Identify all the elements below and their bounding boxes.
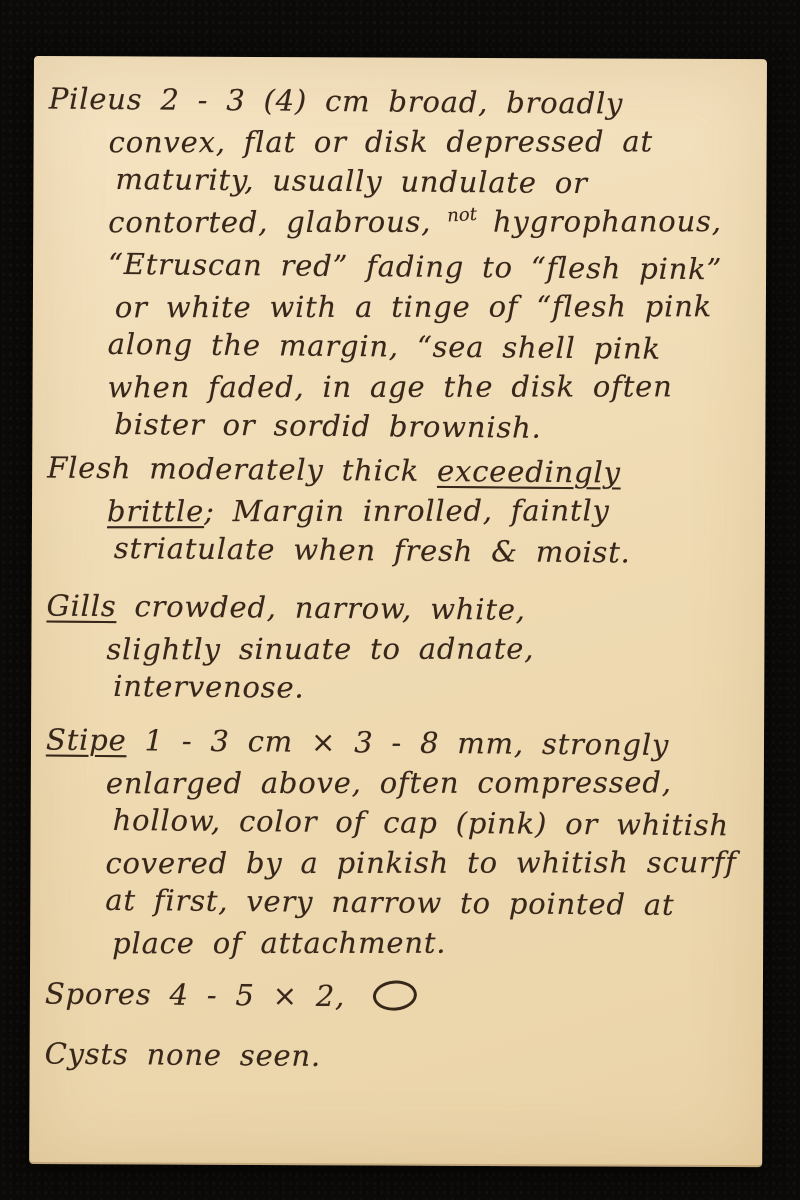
text-segment: at first, very narrow to pointed at (105, 883, 674, 922)
text-segment: crowded, narrow, white, (116, 589, 526, 627)
card-text: Pileus 2 - 3 (4) cm broad, broadlyconvex… (45, 80, 755, 1078)
text-segment: moderately thick (131, 451, 437, 488)
handwritten-line: slightly sinuate to adnate, (106, 628, 752, 669)
handwritten-line: brittle; Margin inrolled, faintly (107, 490, 753, 531)
handwritten-line: Stipe 1 - 3 cm × 3 - 8 mm, strongly (46, 720, 752, 766)
handwritten-line: intervenose. (106, 666, 752, 712)
text-segment: maturity, usually undulate or (115, 162, 588, 200)
text-segment: none seen. (128, 1037, 321, 1073)
text-segment: striatulate when fresh & moist. (114, 531, 631, 570)
text-segment: covered by a pinkish to whitish scurff (105, 845, 736, 880)
text-segment: 2 - 3 (4) cm broad, broadly (142, 82, 623, 120)
text-segment: not (446, 195, 478, 237)
text-segment: exceedingly (437, 454, 621, 490)
photo-background: Pileus 2 - 3 (4) cm broad, broadlyconvex… (0, 0, 800, 1200)
text-segment: convex, flat or disk depressed at (109, 124, 653, 159)
handwritten-line: Gills crowded, narrow, white, (46, 586, 752, 632)
text-segment: bister or sordid brownish. (114, 407, 542, 445)
handwritten-line: contorted, glabrous, not hygrophanous, (108, 201, 754, 247)
handwritten-line: Flesh moderately thick exceedingly (47, 448, 753, 494)
text-segment: when faded, in age the disk often (108, 369, 673, 404)
handwritten-line: covered by a pinkish to whitish scurff (105, 842, 751, 883)
handwritten-line: or white with a tinge of “flesh pink (108, 286, 754, 327)
text-segment: 1 - 3 cm × 3 - 8 mm, strongly (126, 723, 669, 762)
handwritten-line: at first, very narrow to pointed at (105, 880, 751, 926)
index-card: Pileus 2 - 3 (4) cm broad, broadlyconvex… (29, 56, 767, 1167)
text-segment: slightly sinuate to adnate, (106, 632, 534, 667)
section-label-cystidia: Cysts (45, 1037, 129, 1072)
handwritten-line: enlarged above, often compressed, (106, 762, 752, 803)
handwritten-line: bister or sordid brownish. (107, 404, 753, 450)
text-segment: 4 - 5 × 2, (151, 977, 363, 1013)
text-segment: or white with a tinge of “flesh pink (115, 289, 712, 324)
handwritten-line: convex, flat or disk depressed at (109, 121, 755, 162)
handwritten-line: “Etruscan red” fading to “flesh pink” (108, 244, 754, 290)
section-spores: Spores 4 - 5 × 2, (45, 975, 751, 1018)
section-label-gills: Gills (46, 589, 116, 624)
text-segment: “Etruscan red” fading to “flesh pink” (108, 247, 722, 286)
handwritten-line: along the margin, “sea shell pink (108, 324, 754, 370)
text-segment: hollow, color of cap (pink) or whitish (113, 803, 730, 842)
text-segment: place of attachment. (112, 926, 446, 961)
handwritten-line: hollow, color of cap (pink) or whitish (105, 800, 751, 846)
text-segment: along the margin, “sea shell pink (108, 327, 661, 366)
text-segment: ; Margin inrolled, faintly (204, 493, 610, 528)
handwritten-line: when faded, in age the disk often (108, 366, 754, 407)
section-pileus: Pileus 2 - 3 (4) cm broad, broadlyconvex… (47, 80, 755, 448)
text-segment: brittle (107, 494, 204, 528)
handwritten-line: Spores 4 - 5 × 2, (45, 974, 751, 1020)
section-gills: Gills crowded, narrow, white,slightly si… (46, 587, 753, 710)
handwritten-line: place of attachment. (105, 922, 751, 963)
text-segment: hygrophanous, (475, 204, 722, 238)
section-label-flesh: Flesh (47, 451, 131, 486)
handwritten-line: striatulate when fresh & moist. (107, 528, 753, 574)
section-label-stipe: Stipe (46, 723, 127, 758)
section-label-spores: Spores (45, 977, 152, 1012)
section-flesh: Flesh moderately thick exceedinglybrittl… (47, 449, 754, 572)
section-cystidia: Cysts none seen. (45, 1035, 751, 1078)
text-segment: intervenose. (113, 669, 304, 705)
section-label-pileus: Pileus (49, 82, 143, 117)
text-segment: contorted, glabrous, (108, 205, 449, 240)
handwritten-line: maturity, usually undulate or (108, 159, 754, 205)
handwritten-line: Pileus 2 - 3 (4) cm broad, broadly (49, 79, 755, 125)
spore-outline-oval-icon (372, 979, 418, 1012)
handwritten-line: Cysts none seen. (44, 1034, 750, 1080)
text-segment: enlarged above, often compressed, (106, 765, 672, 800)
section-stipe: Stipe 1 - 3 cm × 3 - 8 mm, stronglyenlar… (45, 721, 752, 964)
